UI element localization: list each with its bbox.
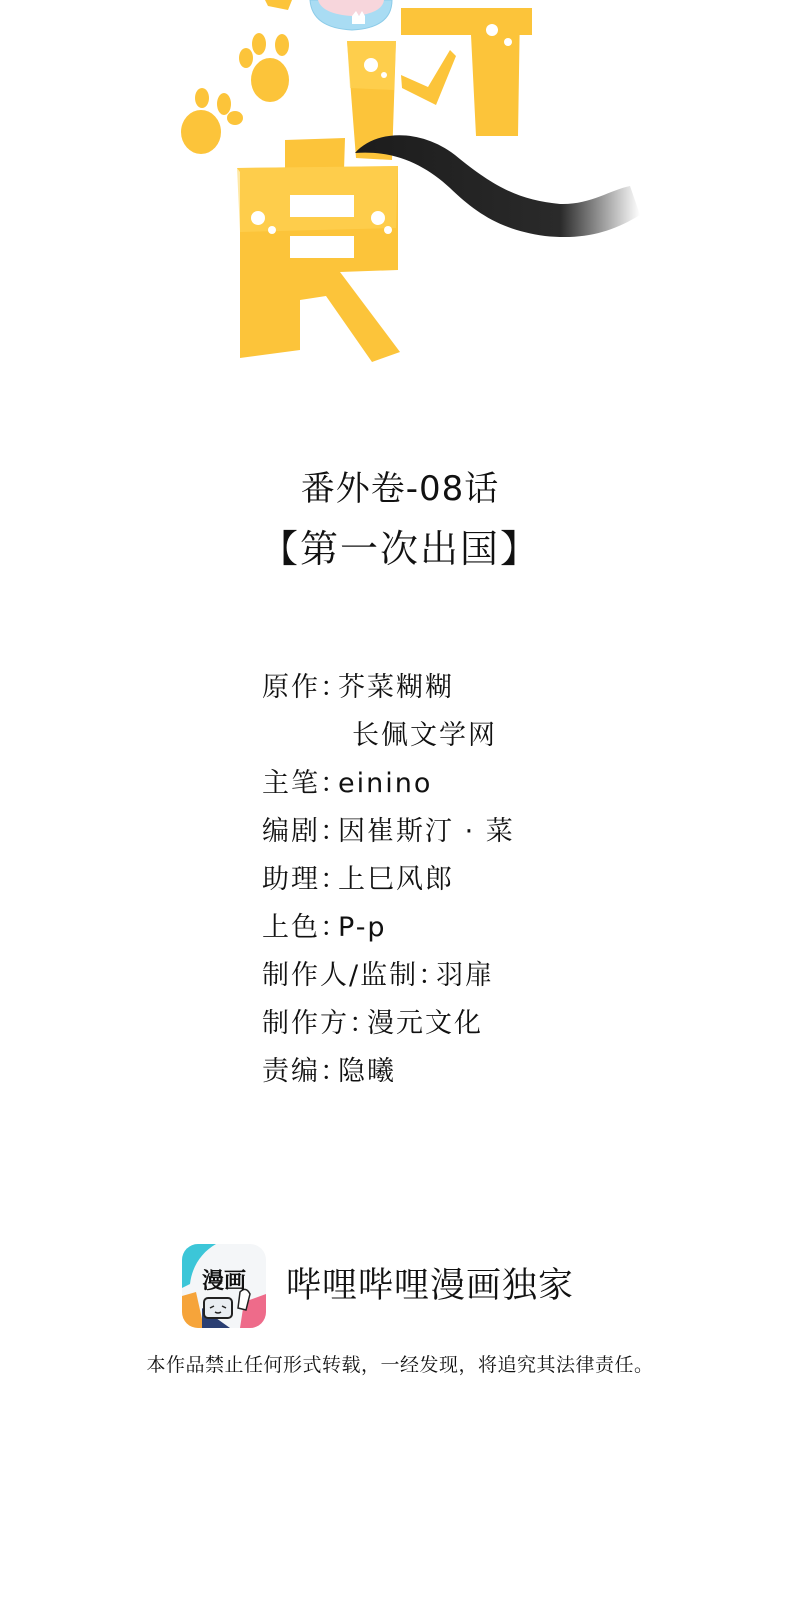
credit-row-screenwriter: 编剧：因崔斯汀 · 菜 [262,812,515,852]
title-glyph-liang [237,138,400,362]
credit-separator: ： [320,812,338,852]
chapter-title: 【第一次出国】 [0,526,800,572]
credit-label: 上色 [262,908,320,948]
title-artwork [0,0,800,380]
credit-label: 主笔 [262,764,320,804]
title-glyph-shi [347,8,532,160]
credit-label: 助理 [262,860,320,900]
bilibili-comics-logo-icon: 漫画 [182,1244,266,1328]
credit-value: 因崔斯汀 · 菜 [338,812,515,852]
credit-row-assistant: 助理：上巳风郎 [262,860,454,900]
svg-text:漫画: 漫画 [202,1268,246,1294]
title-fragment-shape [265,0,292,10]
cat-bowl-icon [310,0,392,30]
credit-label: 原作 [262,668,320,708]
credit-value: 漫元文化 [367,1004,483,1044]
episode-label: 番外卷-08话 [0,468,800,510]
credit-separator: ： [320,764,338,804]
credit-value: 隐曦 [338,1052,396,1092]
credit-label: 编剧 [262,812,320,852]
credit-row-production-company: 制作方：漫元文化 [262,1004,483,1044]
credit-separator: ： [320,860,338,900]
copyright-notice: 本作品禁止任何形式转载，一经发现，将追究其法律责任。 [0,1352,800,1378]
credit-separator: ： [418,956,436,996]
credit-value: P-p [338,908,387,948]
credit-separator: ： [320,668,338,708]
credit-value: einino [338,764,432,804]
paw-print-icon [181,88,243,154]
credit-label: 制作方 [262,1004,349,1044]
credit-value: 羽扉 [436,956,494,996]
paw-print-icon [239,33,289,102]
credit-row-producer: 制作人/监制：羽扉 [262,956,494,996]
credit-row-original-author: 原作：芥菜糊糊 [262,668,454,708]
credit-label: 制作人/监制 [262,956,418,996]
credit-value: 芥菜糊糊 [338,668,454,708]
credit-value: 上巳风郎 [338,860,454,900]
credit-row-editor: 责编：隐曦 [262,1052,396,1092]
credit-row-lead-artist: 主笔：einino [262,764,432,804]
credit-separator: ： [349,1004,367,1044]
credit-separator: ： [320,908,338,948]
credit-row-colorist: 上色：P-p [262,908,387,948]
bilibili-comics-brand: 漫画 哔哩哔哩漫画独家 [182,1244,622,1328]
credit-separator: ： [320,1052,338,1092]
brand-tagline: 哔哩哔哩漫画独家 [286,1264,574,1308]
credit-label: 责编 [262,1052,320,1092]
credit-value: 长佩文学网 [352,716,497,756]
